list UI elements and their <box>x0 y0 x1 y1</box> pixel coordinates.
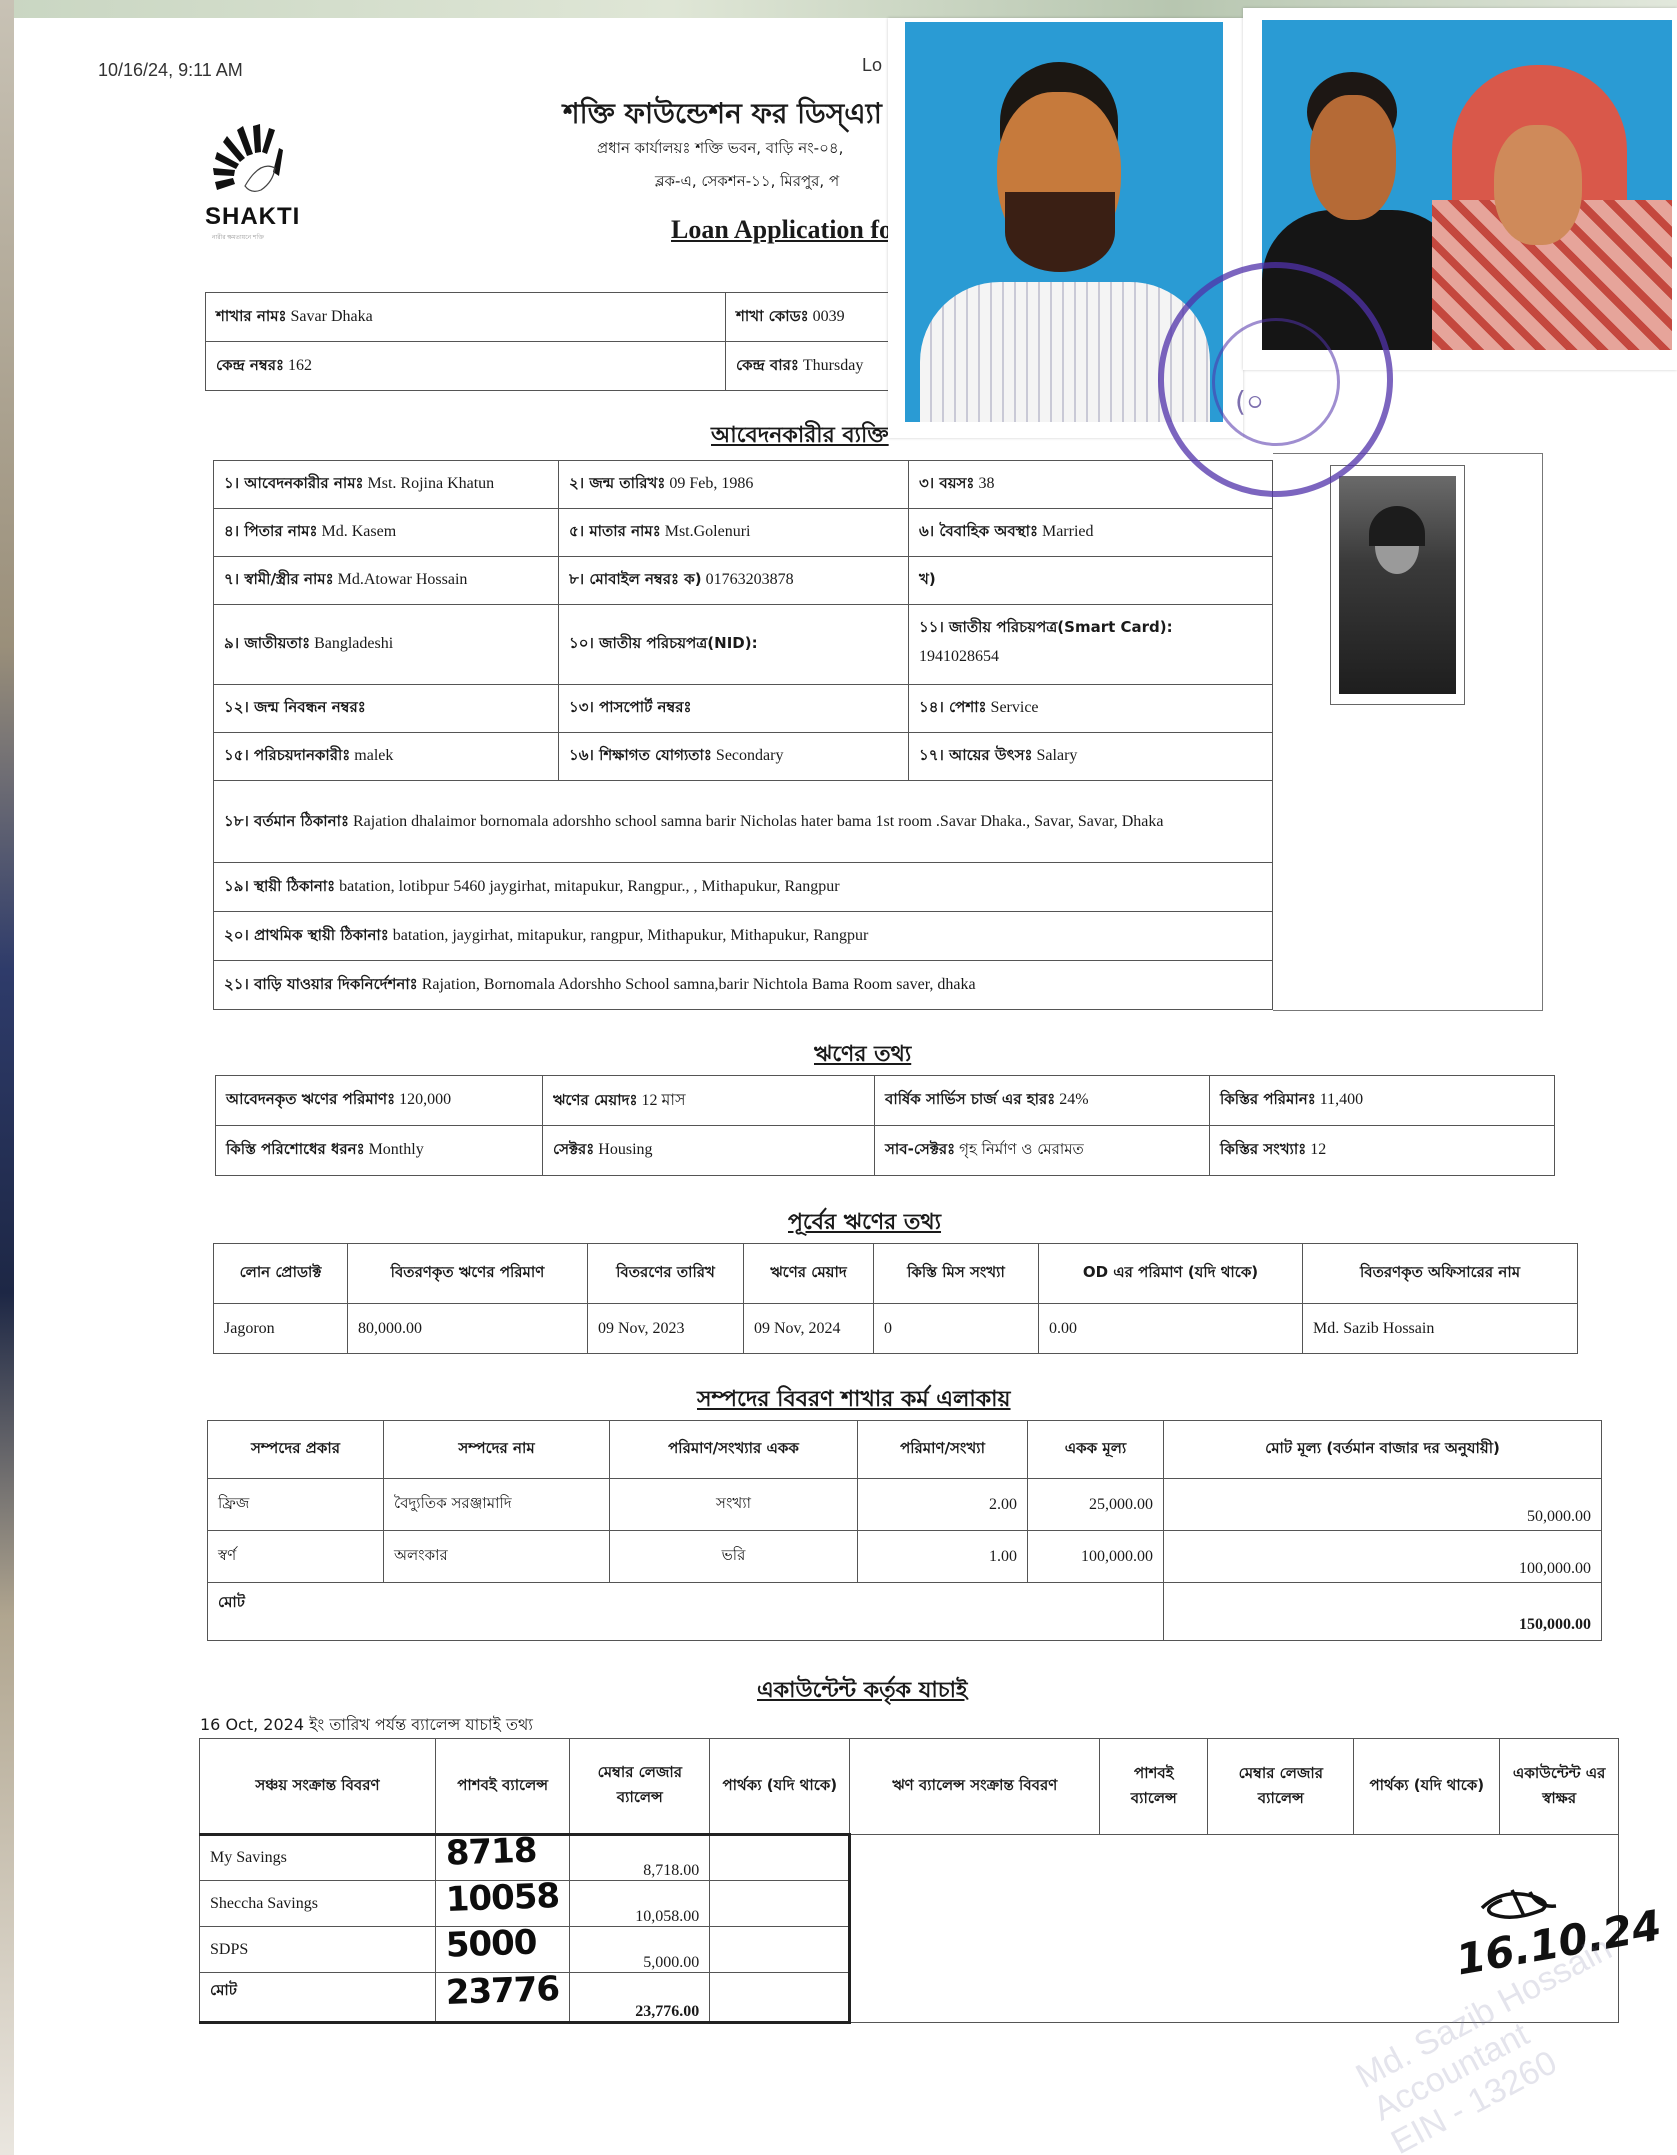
field-date-of-birth: ২। জন্ম তারিখঃ 09 Feb, 1986 <box>559 461 909 509</box>
field-introducer: ১৫। পরিচয়দানকারীঃ malek <box>214 733 559 781</box>
savings-name: Sheccha Savings <box>200 1881 436 1927</box>
savings-total-label: মোট <box>200 1973 436 2023</box>
section-title-loan-info: ঋণের তথ্য <box>814 1037 911 1074</box>
prev-loan-header: বিতরণকৃত অফিসারের নাম <box>1303 1244 1578 1304</box>
table-row-total: মোট 150,000.00 <box>208 1583 1602 1641</box>
asset-header: পরিমাণ/সংখ্যার একক <box>610 1421 858 1479</box>
organization-address-line2: ব্লক-এ, সেকশন-১১, মিরপুর, প <box>655 170 839 195</box>
field-present-address: ১৮। বর্তমান ঠিকানাঃ Rajation dhalaimor b… <box>214 781 1273 863</box>
savings-ledger-balance: 8,718.00 <box>570 1835 710 1881</box>
field-permanent-address: ১৯। স্থায়ী ঠিকানাঃ batation, lotibpur 5… <box>214 863 1273 912</box>
asset-unit: সংখ্যা <box>610 1479 858 1531</box>
section-title-assets: সম্পদের বিবরণ শাখার কর্ম এলাকায় <box>697 1382 1011 1419</box>
asset-quantity: 1.00 <box>858 1531 1028 1583</box>
personal-info-table: ১। আবেদনকারীর নামঃ Mst. Rojina Khatun ২।… <box>213 460 1273 1010</box>
print-timestamp: 10/16/24, 9:11 AM <box>98 60 243 81</box>
guarantor-beard <box>1005 192 1115 272</box>
asset-header: সম্পদের প্রকার <box>208 1421 384 1479</box>
field-income-source: ১৭। আয়ের উৎসঃ Salary <box>909 733 1273 781</box>
field-smart-card: ১১। জাতীয় পরিচয়পত্র(Smart Card):194102… <box>909 605 1273 685</box>
section-title-previous-loan: পূর্বের ঋণের তথ্য <box>788 1205 941 1242</box>
applicant-photo-frame <box>1330 465 1465 705</box>
office-stamp-inner-ring <box>1212 318 1340 446</box>
stamp-text: (০ <box>1235 380 1264 427</box>
prev-loan-product: Jagoron <box>214 1304 348 1354</box>
savings-ledger-balance: 5,000.00 <box>570 1927 710 1973</box>
organization-address-line1: প্রধান কার্যালয়ঃ শক্তি ভবন, বাড়ি নং-০৪… <box>597 137 843 162</box>
loan-info-table: আবেদনকৃত ঋণের পরিমাণঃ 120,000 ঋণের মেয়া… <box>215 1075 1555 1176</box>
table-row: ফ্রিজ বৈদ্যুতিক সরঞ্জামাদি সংখ্যা 2.00 2… <box>208 1479 1602 1531</box>
logo-wordmark: SHAKTI <box>205 203 300 231</box>
sub-sector-cell: সাব-সেক্টরঃ গৃহ নির্মাণ ও মেরামত <box>875 1126 1210 1176</box>
prev-loan-header: কিস্তি মিস সংখ্যা <box>874 1244 1039 1304</box>
savings-difference <box>710 1835 850 1881</box>
loan-duration-cell: ঋণের মেয়াদঃ 12 মাস <box>543 1076 875 1126</box>
sector-cell: সেক্টরঃ Housing <box>543 1126 875 1176</box>
applicant-headscarf <box>1369 506 1425 546</box>
field-marital-status: ৬। বৈবাহিক অবস্থাঃ Married <box>909 509 1273 557</box>
verification-subtitle: 16 Oct, 2024 ইং তারিখ পর্যন্ত ব্যালেন্স … <box>200 1712 533 1739</box>
verification-header: মেম্বার লেজার ব্যালেন্স <box>1208 1739 1354 1835</box>
section-title-personal-info: আবেদনকারীর ব্যক্তি <box>711 418 889 455</box>
form-title: Loan Application fo <box>671 215 892 245</box>
verification-header: পাশবই ব্যালেন্স <box>436 1739 570 1835</box>
prev-loan-header: বিতরণের তারিখ <box>588 1244 744 1304</box>
field-applicant-name: ১। আবেদনকারীর নামঃ Mst. Rojina Khatun <box>214 461 559 509</box>
prev-loan-amount: 80,000.00 <box>348 1304 588 1354</box>
savings-name: SDPS <box>200 1927 436 1973</box>
asset-type: স্বর্ণ <box>208 1531 384 1583</box>
asset-name: অলংকার <box>384 1531 610 1583</box>
savings-name: My Savings <box>200 1835 436 1881</box>
asset-unit: ভরি <box>610 1531 858 1583</box>
field-mobile-b: খ) <box>909 557 1273 605</box>
verification-table: সঞ্চয় সংক্রান্ত বিবরণ পাশবই ব্যালেন্স ম… <box>199 1738 1619 2024</box>
prev-loan-officer: Md. Sazib Hossain <box>1303 1304 1578 1354</box>
prev-loan-header: বিতরণকৃত ঋণের পরিমাণ <box>348 1244 588 1304</box>
savings-difference <box>710 1927 850 1973</box>
asset-header: মোট মূল্য (বর্তমান বাজার দর অনুযায়ী) <box>1164 1421 1602 1479</box>
verification-header: মেম্বার লেজার ব্যালেন্স <box>570 1739 710 1835</box>
section-title-accountant-verification: একাউন্টেন্ট কর্তৃক যাচাই <box>757 1673 967 1710</box>
savings-passbook-balance: 8718 <box>436 1835 570 1881</box>
prev-loan-header: OD এর পরিমাণ (যদি থাকে) <box>1039 1244 1303 1304</box>
field-education: ১৬। শিক্ষাগত যোগ্যতাঃ Secondary <box>559 733 909 781</box>
field-father-name: ৪। পিতার নামঃ Md. Kasem <box>214 509 559 557</box>
savings-total-ledger: 23,776.00 <box>570 1973 710 2023</box>
savings-ledger-balance: 10,058.00 <box>570 1881 710 1927</box>
savings-total-passbook: 23776 <box>436 1973 570 2023</box>
asset-type: ফ্রিজ <box>208 1479 384 1531</box>
asset-total-value: 50,000.00 <box>1164 1479 1602 1531</box>
assets-total-value: 150,000.00 <box>1164 1583 1602 1641</box>
prev-loan-missed-installments: 0 <box>874 1304 1039 1354</box>
savings-passbook-balance: 5000 <box>436 1927 570 1973</box>
field-home-directions: ২১। বাড়ি যাওয়ার দিকনির্দেশনাঃ Rajation… <box>214 961 1273 1010</box>
assets-table: সম্পদের প্রকার সম্পদের নাম পরিমাণ/সংখ্যা… <box>207 1420 1602 1641</box>
verification-header: পার্থক্য (যদি থাকে) <box>710 1739 850 1835</box>
verification-header: পাশবই ব্যালেন্স <box>1100 1739 1208 1835</box>
asset-header: পরিমাণ/সংখ্যা <box>858 1421 1028 1479</box>
table-row: স্বর্ণ অলংকার ভরি 1.00 100,000.00 100,00… <box>208 1531 1602 1583</box>
asset-header: একক মূল্য <box>1028 1421 1164 1479</box>
asset-total-value: 100,000.00 <box>1164 1531 1602 1583</box>
asset-name: বৈদ্যুতিক সরঞ্জামাদি <box>384 1479 610 1531</box>
field-spouse-name: ৭। স্বামী/স্ত্রীর নামঃ Md.Atowar Hossain <box>214 557 559 605</box>
background-left <box>0 0 14 2155</box>
field-birth-registration: ১২। জন্ম নিবন্ধন নম্বরঃ <box>214 685 559 733</box>
field-nid: ১০। জাতীয় পরিচয়পত্র(NID): <box>559 605 909 685</box>
asset-unit-price: 25,000.00 <box>1028 1479 1164 1531</box>
table-row: My Savings 8718 8,718.00 <box>200 1835 1619 1881</box>
loan-amount-cell: আবেদনকৃত ঋণের পরিমাণঃ 120,000 <box>216 1076 543 1126</box>
savings-difference <box>710 1881 850 1927</box>
branch-name-cell: শাখার নামঃ Savar Dhaka <box>206 293 726 342</box>
verification-header: সঞ্চয় সংক্রান্ত বিবরণ <box>200 1739 436 1835</box>
previous-loan-table: লোন প্রোডাক্ট বিতরণকৃত ঋণের পরিমাণ বিতরণ… <box>213 1243 1578 1354</box>
husband-face <box>1310 95 1396 220</box>
repayment-type-cell: কিস্তি পরিশোধের ধরনঃ Monthly <box>216 1126 543 1176</box>
field-primary-permanent-address: ২০। প্রাথমিক স্থায়ী ঠিকানাঃ batation, j… <box>214 912 1273 961</box>
table-row: Jagoron 80,000.00 09 Nov, 2023 09 Nov, 2… <box>214 1304 1578 1354</box>
center-number-cell: কেন্দ্র নম্বরঃ 162 <box>206 342 726 391</box>
logo-tagline: নারীর ক্ষমতায়নে শক্তি <box>212 232 264 243</box>
prev-loan-disbursement-date: 09 Nov, 2023 <box>588 1304 744 1354</box>
prev-loan-od-amount: 0.00 <box>1039 1304 1303 1354</box>
field-mother-name: ৫। মাতার নামঃ Mst.Golenuri <box>559 509 909 557</box>
asset-quantity: 2.00 <box>858 1479 1028 1531</box>
prev-loan-header: লোন প্রোডাক্ট <box>214 1244 348 1304</box>
verification-header: ঋণ ব্যালেন্স সংক্রান্ত বিবরণ <box>850 1739 1100 1835</box>
assets-total-label: মোট <box>208 1583 1164 1641</box>
installment-amount-cell: কিস্তির পরিমানঃ 11,400 <box>1210 1076 1555 1126</box>
verification-header: পার্থক্য (যদি থাকে) <box>1354 1739 1500 1835</box>
field-passport: ১৩। পাসপোর্ট নম্বরঃ <box>559 685 909 733</box>
asset-header: সম্পদের নাম <box>384 1421 610 1479</box>
verification-header: একাউন্টেন্ট এর স্বাক্ষর <box>1500 1739 1619 1835</box>
field-mobile-a: ৮। মোবাইল নম্বরঃ ক) 01763203878 <box>559 557 909 605</box>
field-nationality: ৯। জাতীয়তাঃ Bangladeshi <box>214 605 559 685</box>
print-page-title: Lo <box>862 55 882 76</box>
field-occupation: ১৪। পেশাঃ Service <box>909 685 1273 733</box>
prev-loan-maturity: 09 Nov, 2024 <box>744 1304 874 1354</box>
wife-face <box>1494 125 1582 245</box>
asset-unit-price: 100,000.00 <box>1028 1531 1164 1583</box>
service-charge-cell: বার্ষিক সার্ভিস চার্জ এর হারঃ 24% <box>875 1076 1210 1126</box>
savings-total-difference <box>710 1973 850 2023</box>
organization-name: শক্তি ফাউন্ডেশন ফর ডিস্এ্যা <box>563 92 882 139</box>
installment-count-cell: কিস্তির সংখ্যাঃ 12 <box>1210 1126 1555 1176</box>
applicant-photo <box>1339 476 1456 694</box>
prev-loan-header: ঋণের মেয়াদ <box>744 1244 874 1304</box>
savings-passbook-balance: 10058 <box>436 1881 570 1927</box>
